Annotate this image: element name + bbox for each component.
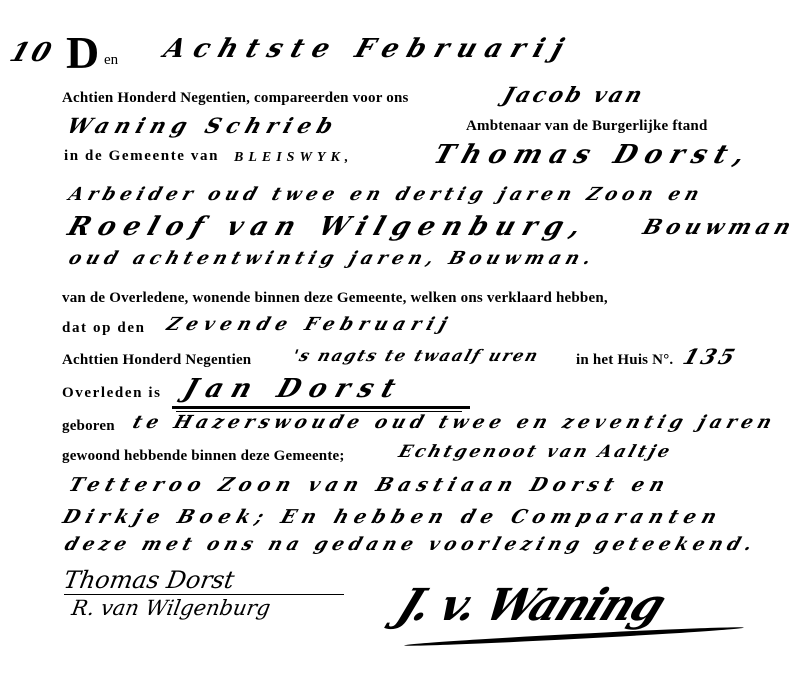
printed-deceased-prefix: Overleden is: [62, 385, 162, 402]
signature-officer: J. v. Waning: [390, 580, 672, 631]
printed-born-prefix: geboren: [62, 418, 115, 435]
printed-death-date-prefix: dat op den: [62, 320, 146, 337]
printed-residence-prefix: gewoond hebbende binnen deze Gemeente;: [62, 448, 345, 465]
handwritten-remark-line-3: Dirkje Boek; En hebben de Comparanten: [60, 506, 725, 528]
deceased-name: Jan Dorst: [180, 374, 408, 404]
printed-officer-title: Ambtenaar van de Burgerlijke ftand: [466, 118, 708, 135]
handwritten-declarant-1-name: Thomas Dorst,: [430, 140, 757, 170]
handwritten-declarant-2-relation: Bouwman: [640, 214, 799, 239]
printed-residence-statement: van de Overledene, wonende binnen deze G…: [62, 290, 608, 307]
signature-1-flourish: [64, 594, 344, 595]
house-number: 135: [680, 344, 741, 369]
handwritten-death-date: Zevende Februarij: [164, 314, 456, 335]
deceased-name-underline: [172, 406, 470, 409]
signature-declarant-2: R. van Wilgenburg: [70, 596, 272, 620]
handwritten-remark-line-4: deze met ons na gedane voorlezing geteek…: [62, 534, 760, 555]
handwritten-officer-name-2: Waning Schrieb: [64, 113, 342, 138]
municipality-name: BLEISWYK,: [234, 150, 353, 166]
printed-line-year-appeared: Achtien Honderd Negentien, compareerden …: [62, 90, 409, 107]
handwritten-declarant-1-details: Arbeider oud twee en dertig jaren Zoon e…: [66, 184, 707, 205]
handwritten-remark-line-2: Tetteroo Zoon van Bastiaan Dorst en: [66, 474, 674, 496]
handwritten-birthplace: te Hazerswoude oud twee en zeventig jare…: [130, 412, 779, 433]
printed-year: Achttien Honderd Negentien: [62, 352, 251, 369]
handwritten-spouse: Echtgenoot van Aaltje: [396, 442, 675, 462]
handwritten-death-time: 's nagts te twaalf uren: [290, 346, 542, 365]
signature-declarant-1: Thomas Dorst: [62, 566, 237, 594]
handwritten-declarant-2-details: oud achtentwintig jaren, Bouwman.: [66, 248, 599, 269]
printed-house-prefix: in het Huis N°.: [576, 352, 673, 369]
handwritten-declarant-2-name: Roelof van Wilgenburg,: [64, 212, 593, 242]
handwritten-officer-name-1: Jacob van: [500, 82, 649, 107]
handwritten-date-day: Achtste Februarij: [160, 34, 576, 64]
printed-municipality-prefix: in de Gemeente van: [64, 148, 219, 165]
opening-initial: D: [66, 26, 99, 79]
record-number: 10: [6, 38, 58, 68]
opening-suffix: en: [104, 52, 118, 69]
